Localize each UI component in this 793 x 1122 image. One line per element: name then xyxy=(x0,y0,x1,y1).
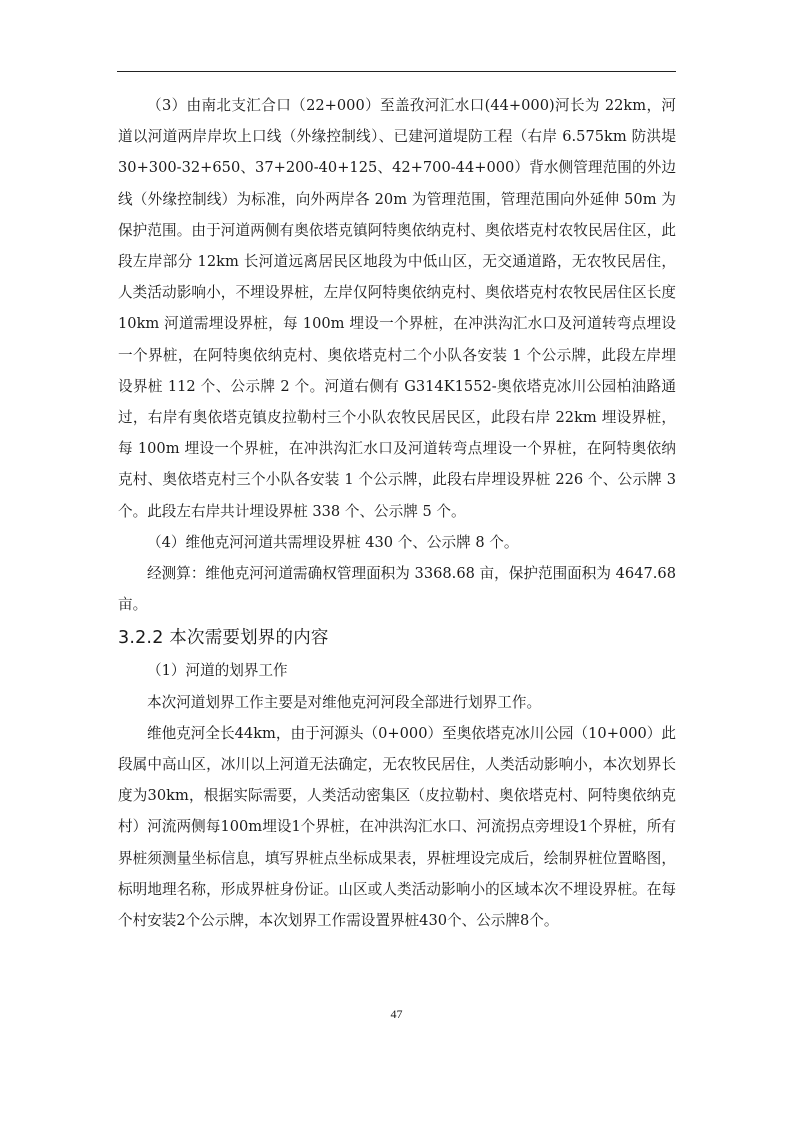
page-number: 47 xyxy=(0,1007,793,1022)
sub-item-heading: （1）河道的划界工作 xyxy=(118,655,676,686)
section-heading: 3.2.2 本次需要划界的内容 xyxy=(118,621,676,655)
paragraph-section-4: （4）维他克河河道共需埋设界桩 430 个、公示牌 8 个。 xyxy=(118,527,676,558)
header-rule xyxy=(117,71,676,72)
paragraph-area-calculation: 经测算：维他克河河道需确权管理面积为 3368.68 亩，保护范围面积为 464… xyxy=(118,558,676,620)
paragraph-section-3: （3）由南北支汇合口（22+000）至盖孜河汇水口(44+000)河长为 22k… xyxy=(118,90,676,527)
paragraph-scope: 本次河道划界工作主要是对维他克河河段全部进行划界工作。 xyxy=(118,687,676,718)
page-content: （3）由南北支汇合口（22+000）至盖孜河汇水口(44+000)河长为 22k… xyxy=(118,90,676,936)
paragraph-detail: 维他克河全长44km，由于河源头（0+000）至奥依塔克冰川公园（10+000）… xyxy=(118,718,676,936)
